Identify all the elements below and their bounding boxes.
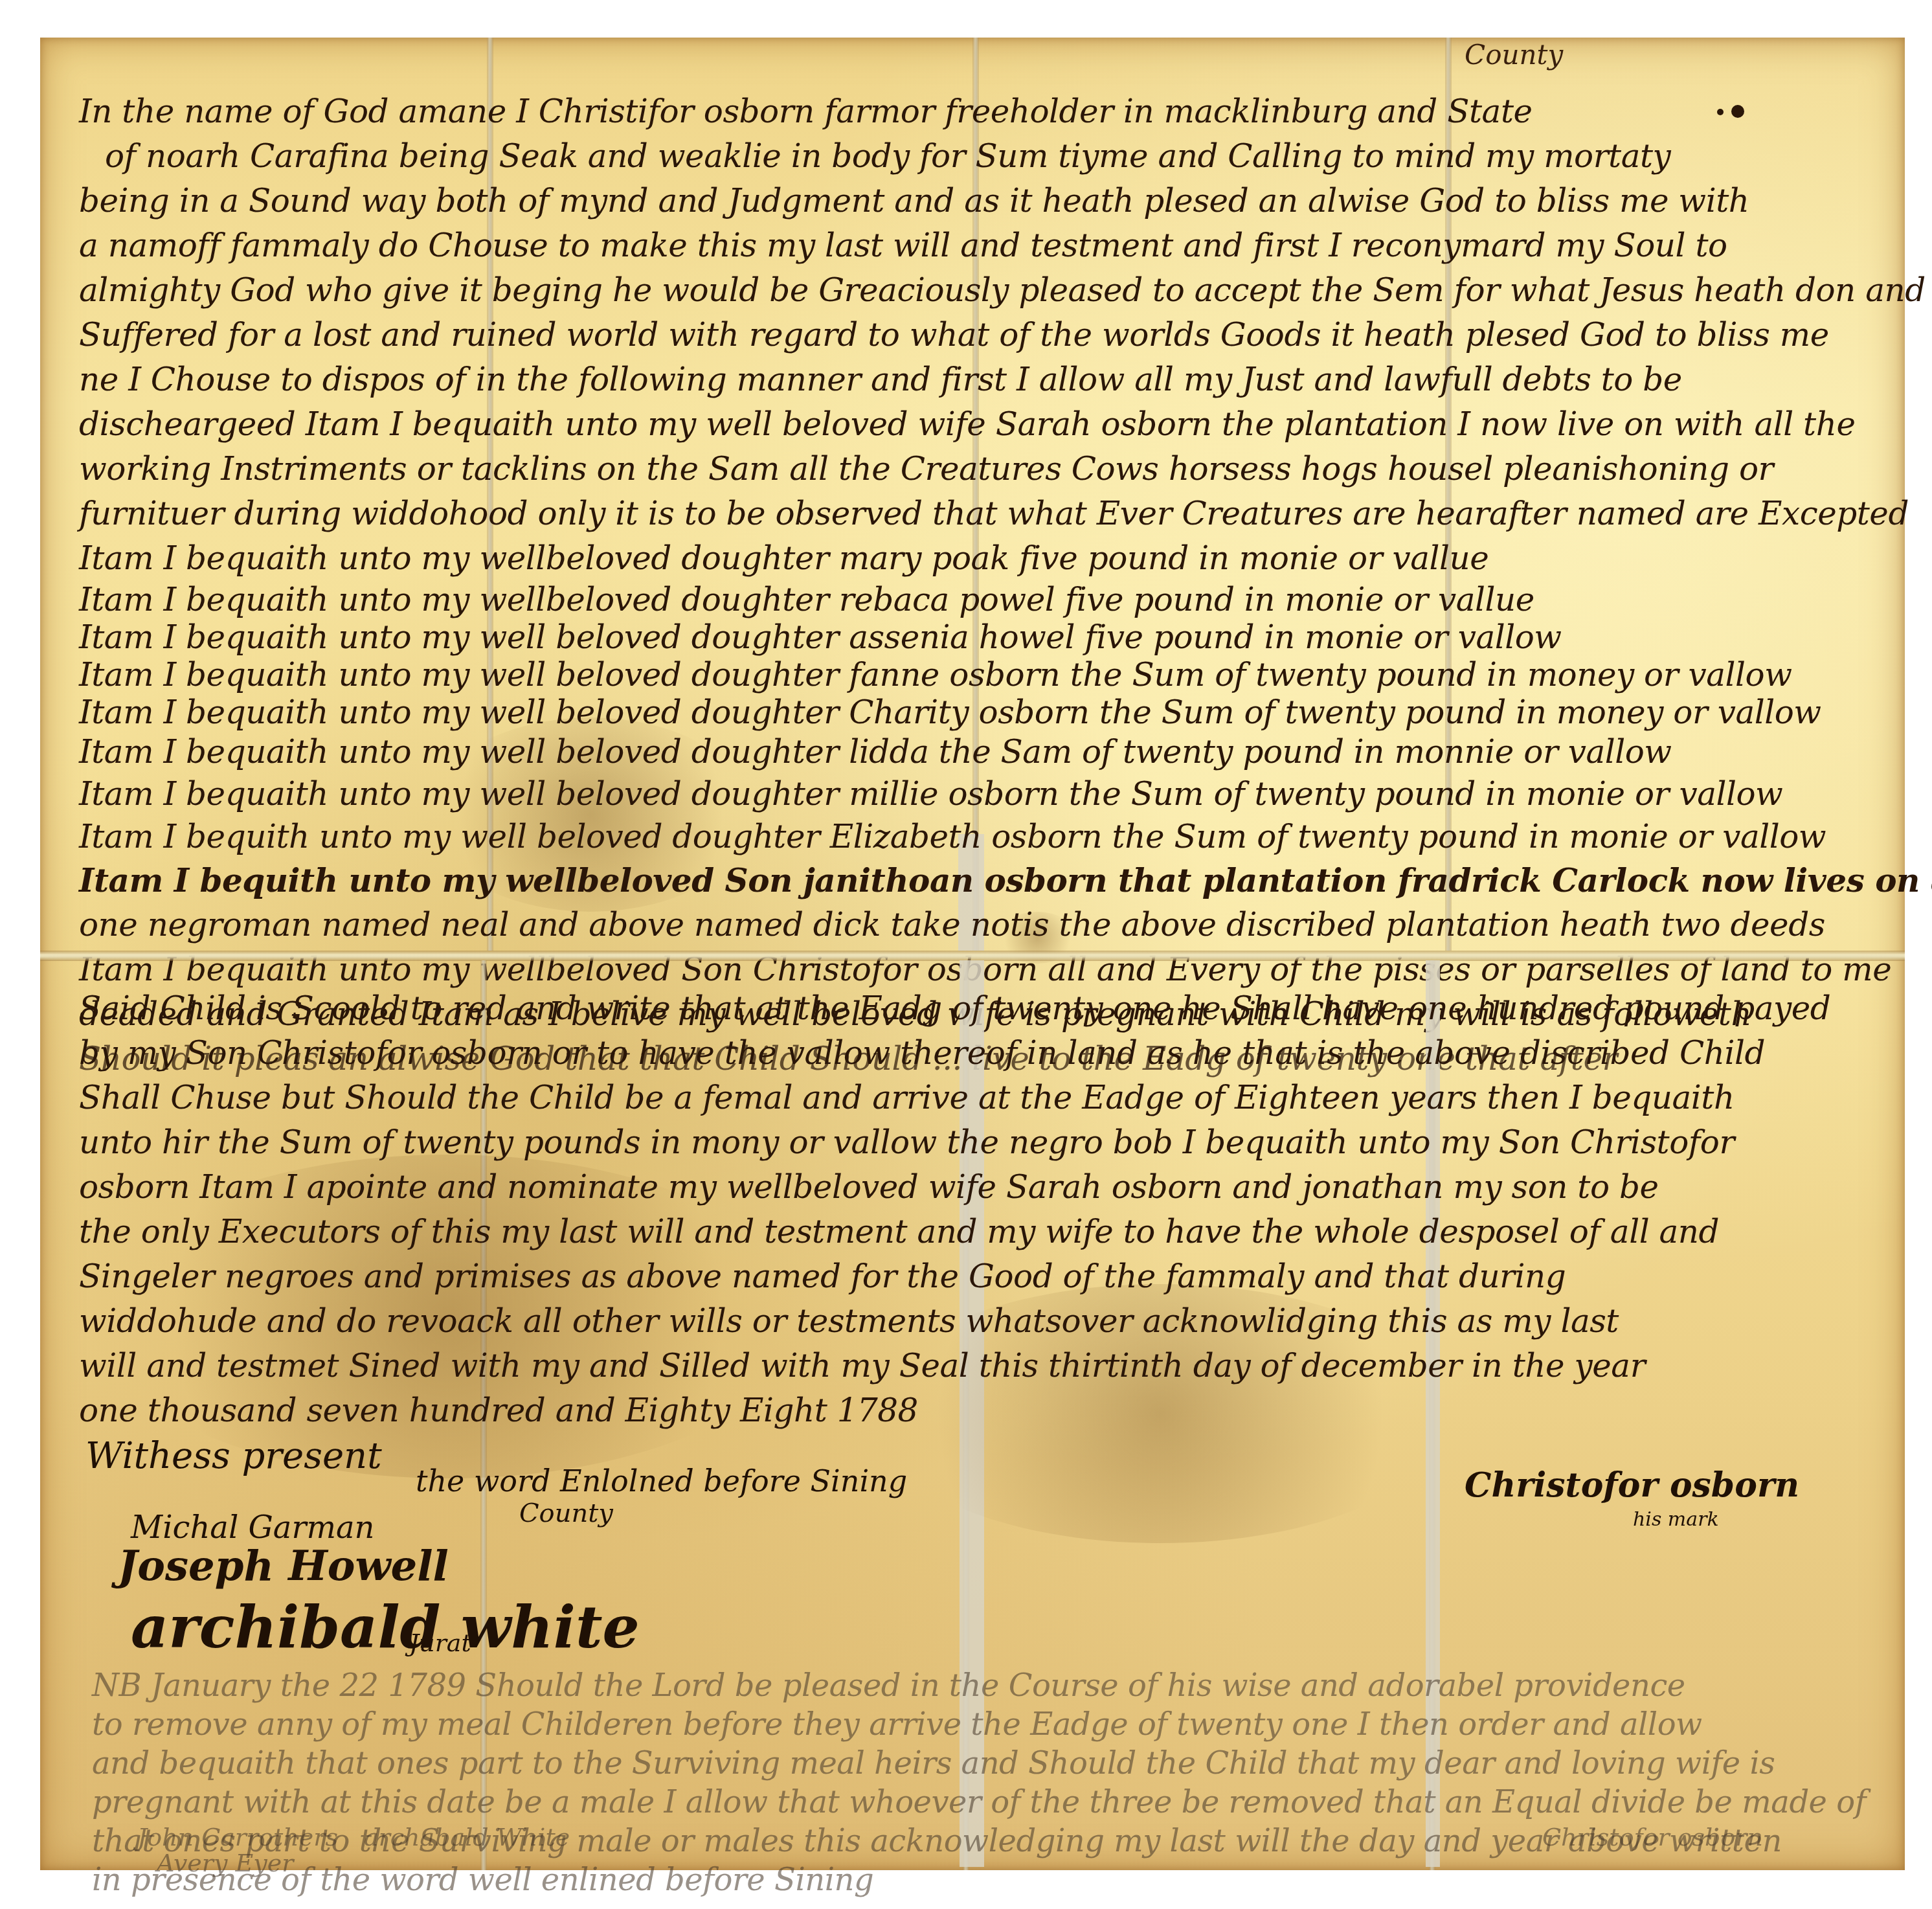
text-line: Shall Chuse but Should the Child be a fe…	[79, 1076, 1866, 1120]
codicil-line: and bequaith that ones part to the Survi…	[92, 1744, 1866, 1783]
text-line: Said Child is Scoold to red and write th…	[79, 986, 1866, 1031]
codicil-line: NB January the 22 1789 Should the Lord b…	[92, 1666, 1866, 1705]
text-line: osborn Itam I apointe and nominate my we…	[79, 1165, 1866, 1210]
text-line: a namoff fammaly do Chouse to make this …	[79, 223, 1866, 268]
upper-half-page: County In the name of God amane I Christ…	[40, 38, 1905, 951]
codicil-witness: archabald White	[364, 1822, 570, 1853]
date-line: one thousand seven hundred and Eighty Ei…	[79, 1388, 1866, 1433]
witness-signature: Joseph Howell	[118, 1543, 449, 1590]
text-line: being in a Sound way both of mynd and Ju…	[79, 179, 1866, 223]
text-line: almighty God who give it beging he would…	[79, 268, 1866, 313]
jurat-note: Jurat	[409, 1627, 471, 1658]
text-line: unto hir the Sum of twenty pounds in mon…	[79, 1120, 1866, 1165]
testator-signature: Christofor osborn	[1465, 1465, 1799, 1505]
text-line: discheargeed Itam I bequaith unto my wel…	[79, 402, 1866, 447]
text-line: the only Executors of this my last will …	[79, 1210, 1866, 1254]
interlineation-note: the word Enlolned before Sining	[416, 1465, 907, 1497]
text-line: In the name of God amane I Christifor os…	[79, 89, 1866, 134]
codicil-witness: Avery Eyer	[157, 1847, 293, 1879]
text-line: working Instriments or tacklins on the S…	[79, 447, 1866, 491]
lower-half-page: Said Child is Scoold to red and write th…	[27, 960, 1905, 1870]
bequest-line: Itam I bequaith unto my wellbeloved doug…	[79, 536, 1866, 581]
bequest-line: Itam I bequaith unto my wellbeloved doug…	[79, 581, 1866, 618]
bequest-line: Itam I bequith unto my wellbeloved Son j…	[79, 858, 1866, 903]
witness-label: Withess present	[85, 1433, 382, 1480]
text-line: Singeler negroes and primises as above n…	[79, 1254, 1866, 1299]
codicil-line: pregnant with at this date be a male I a…	[92, 1783, 1866, 1822]
bequest-line: Itam I bequaith unto my well beloved dou…	[79, 694, 1866, 731]
text-line: of noarh Carafina being Seak and weaklie…	[79, 134, 1866, 179]
text-line: by my Son Christofor osborn or to have t…	[79, 1031, 1866, 1076]
county-interlineation: County	[1465, 39, 1563, 71]
will-continuation-text: Said Child is Scoold to red and write th…	[79, 986, 1866, 1433]
bequest-line: Itam I bequaith unto my well beloved dou…	[79, 656, 1866, 694]
bequest-line: Itam I bequaith unto my well beloved dou…	[79, 731, 1866, 773]
codicil-signature: Christofor osborn	[1542, 1822, 1763, 1853]
witness-signature: archibald white	[131, 1595, 640, 1660]
codicil-text: NB January the 22 1789 Should the Lord b…	[92, 1666, 1866, 1899]
text-line: Suffered for a lost and ruined world wit…	[79, 313, 1866, 357]
main-will-text: In the name of God amane I Christifor os…	[79, 89, 1866, 1081]
testator-mark: his mark	[1633, 1504, 1719, 1535]
horizontal-fold-line	[40, 951, 1905, 961]
text-line: ne I Chouse to dispos of in the followin…	[79, 357, 1866, 402]
bequest-line: Itam I bequith unto my well beloved doug…	[79, 815, 1866, 858]
codicil-line: in presence of the word well enlined bef…	[92, 1860, 1866, 1899]
will-document: County In the name of God amane I Christ…	[40, 38, 1905, 1870]
bequest-line: Itam I bequaith unto my well beloved dou…	[79, 618, 1866, 656]
text-line: one negroman named neal and above named …	[79, 903, 1866, 947]
text-line: widdohude and do revoack all other wills…	[79, 1299, 1866, 1344]
text-line: will and testmet Sined with my and Sille…	[79, 1344, 1866, 1388]
interlineation-county: County	[519, 1498, 613, 1529]
bequest-line: Itam I bequaith unto my well beloved dou…	[79, 773, 1866, 815]
text-line: furnituer during widdohood only it is to…	[79, 491, 1866, 536]
codicil-line: to remove anny of my meal Childeren befo…	[92, 1705, 1866, 1744]
